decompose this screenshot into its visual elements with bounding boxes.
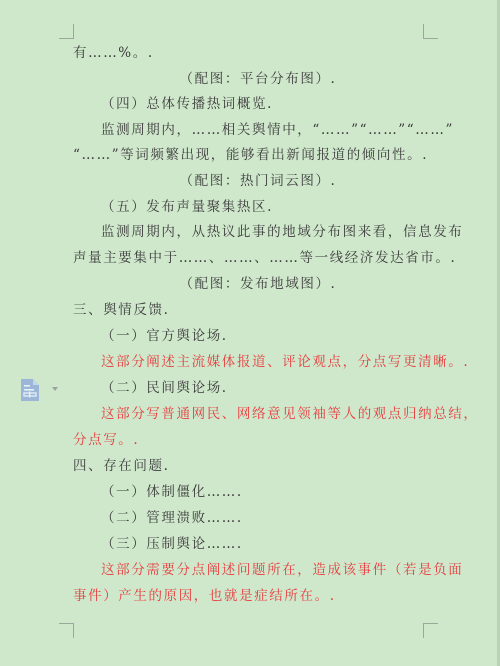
paragraph-line: 声量主要集中于……、……、……等一线经济发达省市。.: [73, 248, 456, 268]
paragraph-line: 有……%。.: [73, 43, 154, 63]
margin-corner-bottom-right: [423, 623, 438, 638]
section-heading: （一）官方舆论场.: [101, 326, 228, 346]
paragraph-line: 监测周期内，从热议此事的地域分布图来看，信息发布: [101, 222, 463, 242]
section-heading: （四）总体传播热词概览.: [101, 94, 273, 114]
margin-corner-top-left: [59, 24, 74, 39]
section-heading: （二）民间舆论场.: [101, 378, 228, 398]
margin-corner-bottom-left: [59, 623, 74, 638]
figure-caption: （配图：热门词云图）.: [73, 171, 443, 191]
margin-corner-top-right: [423, 24, 438, 39]
instruction-line: 事件）产生的原因，也就是症结所在。.: [73, 586, 336, 606]
instruction-line: 这部分需要分点阐述问题所在，造成该事件（若是负面: [101, 560, 463, 580]
section-heading: （三）压制舆论…….: [101, 534, 243, 554]
chapter-heading: 四、存在问题.: [73, 456, 170, 476]
section-heading: （二）管理溃败…….: [101, 508, 243, 528]
instruction-line: 分点写。.: [73, 430, 139, 450]
figure-caption: （配图：发布地域图）.: [73, 274, 443, 294]
paragraph-line: “……”等词频繁出现，能够看出新闻报道的倾向性。.: [73, 145, 428, 165]
paragraph-line: 监测周期内，……相关舆情中，“……”“……”“……”: [101, 120, 454, 140]
chevron-down-icon[interactable]: [52, 387, 58, 391]
section-heading: （五）发布声量聚集热区.: [101, 197, 273, 217]
instruction-line: 这部分阐述主流媒体报道、评论观点，分点写更清晰。.: [101, 352, 469, 372]
document-layout-icon[interactable]: [20, 378, 42, 402]
section-heading: （一）体制僵化…….: [101, 482, 243, 502]
chapter-heading: 三、舆情反馈.: [73, 300, 170, 320]
instruction-line: 这部分写普通网民、网络意见领袖等人的观点归纳总结，: [101, 404, 479, 424]
figure-caption: （配图：平台分布图）.: [73, 69, 443, 89]
